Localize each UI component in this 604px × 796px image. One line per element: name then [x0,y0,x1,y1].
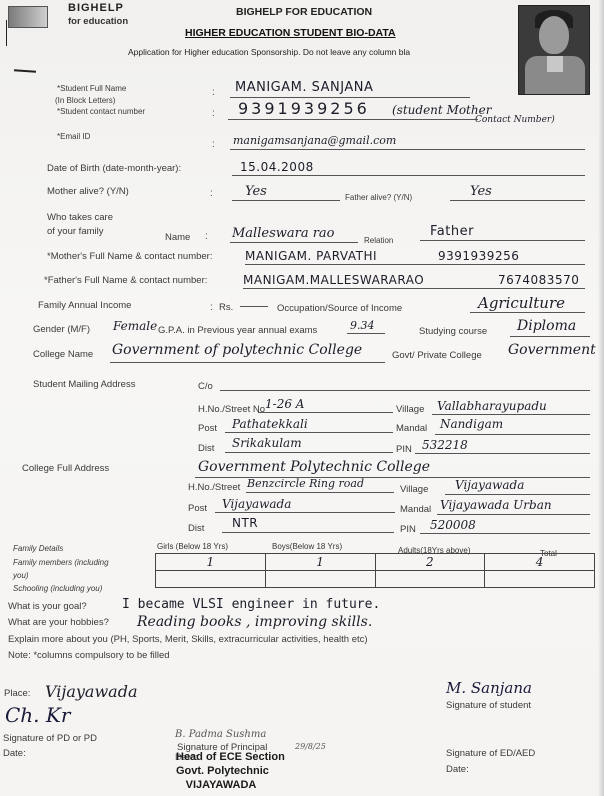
income-label: Family Annual Income [38,300,131,311]
college-village-field[interactable]: Vijayawada [455,478,524,492]
brand-subtitle: for education [68,16,128,27]
village-field[interactable]: Vallabharayupadu [437,399,547,413]
scan-mark [14,69,36,73]
college-dist-field[interactable]: NTR [232,516,258,530]
dist-label: Dist [198,443,214,454]
college-type-field[interactable]: Government [508,342,596,358]
dist-field[interactable]: Srikakulam [232,436,302,450]
compulsory-note: Note: *columns compulsory to be filled [8,650,170,661]
hobbies-field[interactable]: Reading books , improving skills. [137,614,372,630]
email-field[interactable]: manigamsanjana@gmail.com [233,134,396,147]
street-field[interactable]: 1-26 A [265,397,304,411]
explain-label: Explain more about you (PH, Sports, Meri… [8,634,368,645]
girls-schooling-cell[interactable] [156,571,266,588]
occupation-field[interactable]: Agriculture [478,294,565,312]
principal-date: 29/8/25 [295,742,326,751]
place-field[interactable]: Vijayawada [45,682,137,701]
ed-signature-label: Signature of ED/AED [446,748,535,759]
contact-field[interactable]: 9391939256 [238,99,370,118]
place-label: Place: [4,688,30,699]
schooling-label: Schooling (including you) [13,584,102,593]
email-label: *Email ID [57,132,90,141]
father-name-field[interactable]: MANIGAM.MALLESWARARAO [243,273,424,287]
dob-label: Date of Birth (date-month-year): [47,163,181,174]
college-street-field[interactable]: Benzcircle Ring road [247,477,364,490]
college-pin-field[interactable]: 520008 [430,518,476,532]
relation-label: Relation [364,236,393,245]
total-schooling-cell[interactable] [485,571,595,588]
father-name-label: *Father's Full Name & contact number: [44,275,207,286]
brand-name: BIGHELP [68,2,124,14]
family-details-label: Family Details [13,544,63,553]
goal-field[interactable]: I became VLSI engineer in future. [122,597,380,612]
college-mandal-field[interactable]: Vijayawada Urban [440,498,552,512]
college-village-label: Village [400,484,428,495]
hobbies-label: What are your hobbies? [8,617,109,628]
college-street-label: H.No./Street [188,482,240,493]
boys-members-cell[interactable]: 1 [265,554,375,571]
contact-note-2: Contact Number) [475,115,555,125]
village-label: Village [396,404,424,415]
adults-schooling-cell[interactable] [375,571,485,588]
contact-label: *Student contact number [57,107,145,116]
gpa-field[interactable]: 9.34 [350,319,375,332]
mother-alive-field[interactable]: Yes [245,184,267,199]
stamp-line-3: VIJAYAWADA [176,779,266,791]
mother-contact-field[interactable]: 9391939256 [438,249,519,263]
caretaker-label: Who takes care [47,212,113,223]
family-members-label: Family members (including [13,558,109,567]
full-name-hint: (In Block Letters) [55,96,115,105]
document-title: HIGHER EDUCATION STUDENT BIO-DATA [185,27,396,39]
caretaker-name-label: Name [165,232,190,243]
college-address-label: College Full Address [22,463,109,474]
family-table: 1 1 2 4 [155,553,595,588]
family-col-girls: Girls (Below 18 Yrs) [157,542,228,551]
bighelp-logo-icon [8,6,48,28]
course-label: Studying course [419,326,487,337]
adults-members-cell[interactable]: 2 [375,554,485,571]
scan-mark [6,20,7,46]
mandal-field[interactable]: Nandigam [440,417,503,431]
pd-date-label: Date: [3,748,26,759]
dob-field[interactable]: 15.04.2008 [240,160,314,174]
occupation-label: Occupation/Source of Income [277,303,402,314]
table-row [156,571,595,588]
gpa-label: G.P.A. in Previous year annual exams [158,325,317,336]
total-members-cell[interactable]: 4 [485,554,595,571]
stamp-line-2: Govt. Polytechnic [176,765,266,777]
pd-signature-label: Signature of PD or PD [3,733,97,744]
college-post-field[interactable]: Vijayawada [222,497,291,511]
relation-field[interactable]: Father [430,224,474,239]
student-photo [518,5,590,95]
father-contact-field[interactable]: 7674083570 [498,273,579,287]
boys-schooling-cell[interactable] [265,571,375,588]
student-signature-label: Signature of student [446,700,531,711]
father-alive-field[interactable]: Yes [470,184,492,199]
pd-signature: Ch. Kr [5,703,70,727]
rs-label: Rs. [219,302,233,313]
college-post-label: Post [188,503,207,514]
college-pin-label: PIN [400,524,416,535]
street-label: H.No./Street No [198,404,265,415]
college-address-name[interactable]: Government Polytechnic College [198,459,430,475]
co-label: C/o [198,381,213,392]
girls-members-cell[interactable]: 1 [156,554,266,571]
post-field[interactable]: Pathatekkali [232,417,308,431]
principal-signature: B. Padma Sushma [175,729,266,740]
father-alive-label: Father alive? (Y/N) [345,193,412,202]
goal-label: What is your goal? [8,601,87,612]
post-label: Post [198,423,217,434]
bio-data-form: BIGHELP for education BIGHELP FOR EDUCAT… [0,0,604,796]
caretaker-label-2: of your family [47,226,104,237]
pin-field[interactable]: 532218 [422,438,468,452]
college-type-label: Govt/ Private College [392,350,482,361]
page-edge [598,0,604,796]
college-name-field[interactable]: Government of polytechnic College [112,342,362,358]
full-name-field[interactable]: MANIGAM. SANJANA [235,80,373,95]
document-subtitle: Application for Higher education Sponsor… [128,47,410,57]
table-row: 1 1 2 4 [156,554,595,571]
ed-date-label: Date: [446,764,469,775]
college-name-label: College Name [33,349,93,360]
mother-alive-label: Mother alive? (Y/N) [47,186,129,197]
gender-field[interactable]: Female [113,319,157,333]
course-field[interactable]: Diploma [517,318,576,334]
full-name-label: *Student Full Name [57,84,126,93]
family-col-boys: Boys(Below 18 Yrs) [272,542,342,551]
student-signature: M. Sanjana [446,679,532,697]
family-members-label-2: you) [13,571,29,580]
stamp-line-1: Head of ECE Section [176,751,266,763]
mailing-address-label: Student Mailing Address [33,379,135,390]
organization-title: BIGHELP FOR EDUCATION [236,6,372,18]
college-dist-label: Dist [188,523,204,534]
mother-name-field[interactable]: MANIGAM. PARVATHI [245,249,377,263]
pin-label: PIN [396,444,412,455]
caretaker-name-field[interactable]: Malleswara rao [232,226,335,241]
college-mandal-label: Mandal [400,504,431,515]
gender-label: Gender (M/F) [33,324,90,335]
mandal-label: Mandal [396,423,427,434]
mother-name-label: *Mother's Full Name & contact number: [47,251,213,262]
